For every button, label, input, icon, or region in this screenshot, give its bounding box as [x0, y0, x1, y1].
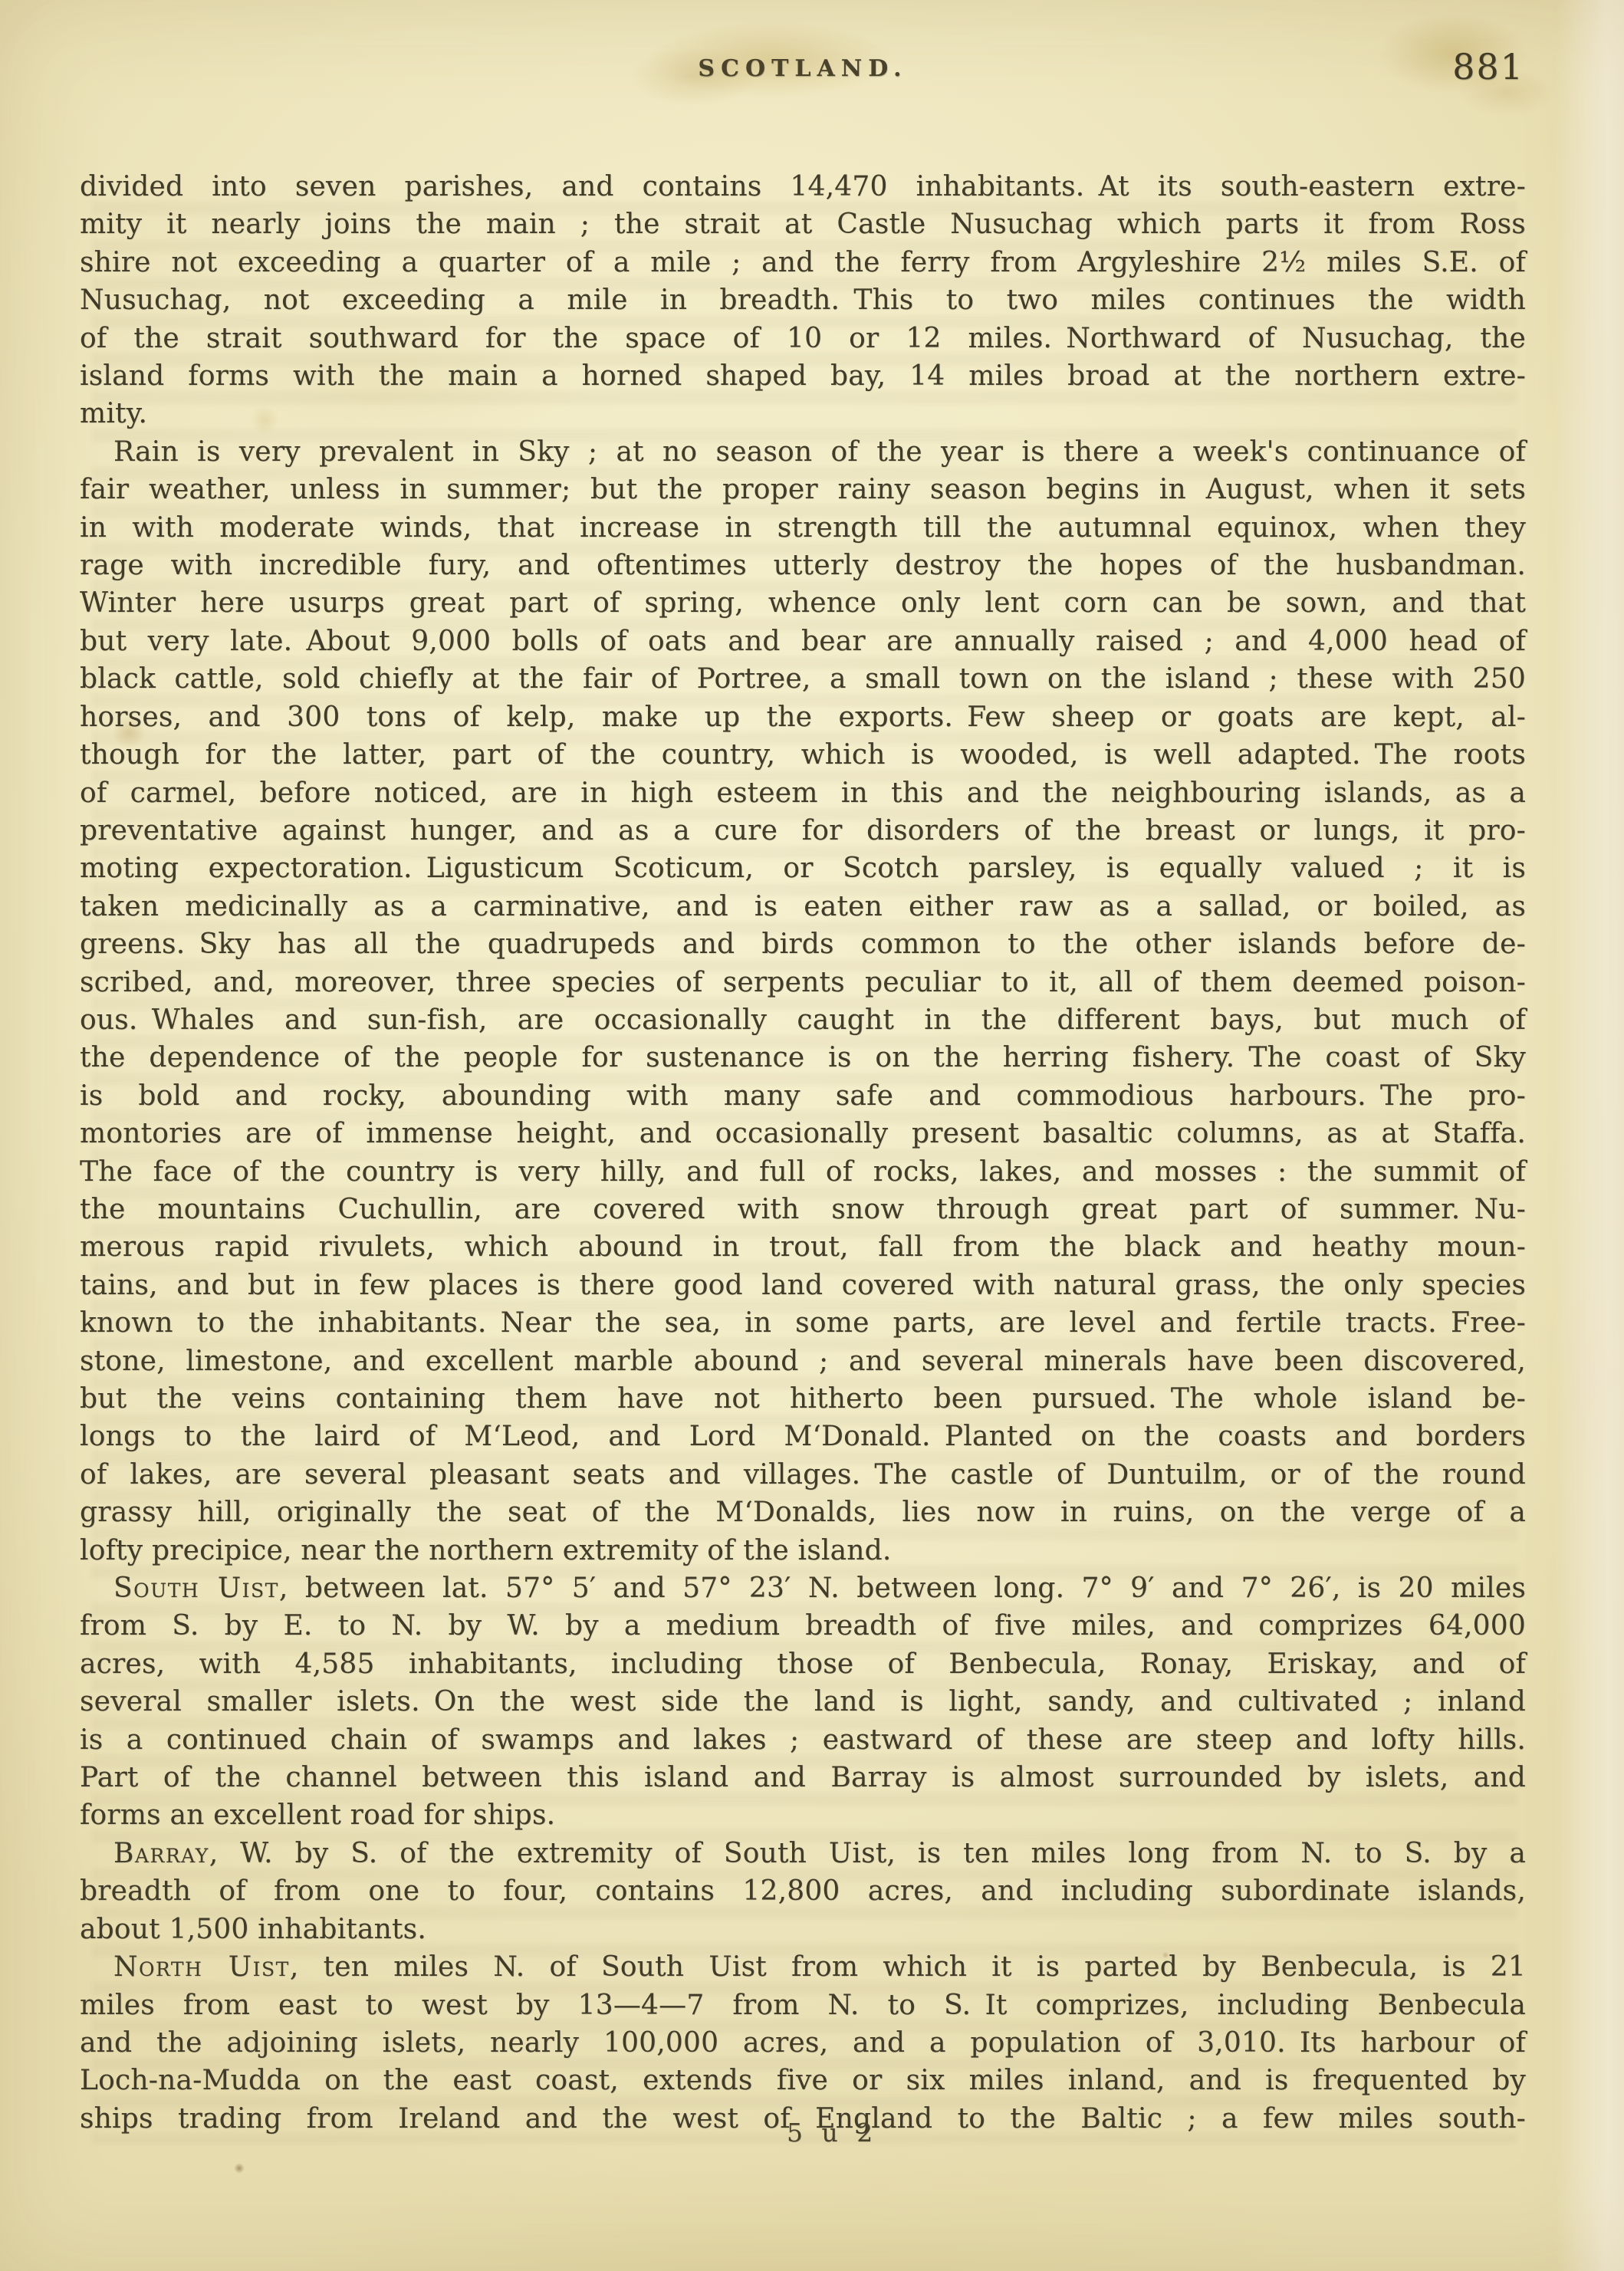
text-line: in with moderate winds, that increase in…	[80, 509, 1526, 547]
printer-signature-mark: 5 u 2	[787, 2118, 878, 2148]
text-line: but very late. About 9,000 bolls of oats…	[80, 623, 1526, 660]
text-line: is bold and rocky, abounding with many s…	[80, 1077, 1526, 1115]
text-line: rage with incredible fury, and oftentime…	[80, 547, 1526, 584]
text-block: divided into seven parishes, and contain…	[80, 168, 1526, 2138]
text-line: Winter here usurps great part of spring,…	[80, 584, 1526, 622]
text-line: forms an excellent road for ships.	[80, 1796, 1526, 1834]
text-line: from S. by E. to N. by W. by a medium br…	[80, 1607, 1526, 1645]
page-title: SCOTLAND.	[80, 55, 1526, 82]
text-line: greens. Sky has all the quadrupeds and b…	[80, 925, 1526, 963]
text-line: horses, and 300 tons of kelp, make up th…	[80, 698, 1526, 736]
text-line: but the veins containing them have not h…	[80, 1380, 1526, 1418]
text-line: montories are of immense height, and occ…	[80, 1115, 1526, 1152]
text-line: though for the latter, part of the count…	[80, 736, 1526, 774]
running-head: SCOTLAND. 881	[80, 46, 1526, 92]
text-line: Nusuchag, not exceeding a mile in breadt…	[80, 281, 1526, 319]
text-line: and the adjoining islets, nearly 100,000…	[80, 2024, 1526, 2062]
text-line: longs to the laird of M‘Leod, and Lord M…	[80, 1418, 1526, 1455]
page-edge-highlight	[1555, 0, 1624, 2271]
text-line: several smaller islets. On the west side…	[80, 1683, 1526, 1721]
text-line: lofty precipice, near the northern extre…	[80, 1532, 1526, 1569]
scanned-book-page: SCOTLAND. 881 divided into seven parishe…	[0, 0, 1624, 2271]
text-line: island forms with the main a horned shap…	[80, 357, 1526, 395]
text-line: black cattle, sold chiefly at the fair o…	[80, 660, 1526, 698]
text-line: North Uist, ten miles N. of South Uist f…	[80, 1948, 1526, 1986]
text-line: shire not exceeding a quarter of a mile …	[80, 244, 1526, 281]
text-line: breadth of from one to four, contains 12…	[80, 1872, 1526, 1910]
text-line: is a continued chain of swamps and lakes…	[80, 1721, 1526, 1759]
text-line: of carmel, before noticed, are in high e…	[80, 774, 1526, 812]
text-line: miles from east to west by 13—4—7 from N…	[80, 1987, 1526, 2024]
text-line: mity.	[80, 395, 1526, 432]
text-line: acres, with 4,585 inhabitants, including…	[80, 1645, 1526, 1683]
text-line: Loch-na-Mudda on the east coast, extends…	[80, 2062, 1526, 2099]
text-line: ous. Whales and sun-fish, are occasional…	[80, 1001, 1526, 1039]
text-line: mity it nearly joins the main ; the stra…	[80, 205, 1526, 243]
text-line: fair weather, unless in summer; but the …	[80, 471, 1526, 508]
text-line: of lakes, are several pleasant seats and…	[80, 1456, 1526, 1494]
text-line: Barray, W. by S. of the extremity of Sou…	[80, 1835, 1526, 1872]
text-line: The face of the country is very hilly, a…	[80, 1153, 1526, 1191]
text-line: known to the inhabitants. Near the sea, …	[80, 1304, 1526, 1342]
text-line: Rain is very prevalent in Sky ; at no se…	[80, 433, 1526, 471]
text-line: merous rapid rivulets, which abound in t…	[80, 1228, 1526, 1266]
page-number: 881	[1452, 46, 1524, 87]
text-line: stone, limestone, and excellent marble a…	[80, 1343, 1526, 1380]
text-line: Part of the channel between this island …	[80, 1759, 1526, 1796]
text-line: tains, and but in few places is there go…	[80, 1267, 1526, 1304]
text-line: about 1,500 inhabitants.	[80, 1911, 1526, 1948]
text-line: divided into seven parishes, and contain…	[80, 168, 1526, 205]
text-line: taken medicinally as a carminative, and …	[80, 888, 1526, 925]
text-line: of the strait southward for the space of…	[80, 320, 1526, 357]
text-line: the mountains Cuchullin, are covered wit…	[80, 1191, 1526, 1228]
text-line: grassy hill, originally the seat of the …	[80, 1494, 1526, 1531]
text-line: scribed, and, moreover, three species of…	[80, 964, 1526, 1001]
text-line: South Uist, between lat. 57° 5′ and 57° …	[80, 1569, 1526, 1607]
text-line: moting expectoration. Ligusticum Scoticu…	[80, 850, 1526, 887]
text-line: the dependence of the people for sustena…	[80, 1039, 1526, 1076]
text-line: preventative against hunger, and as a cu…	[80, 812, 1526, 850]
